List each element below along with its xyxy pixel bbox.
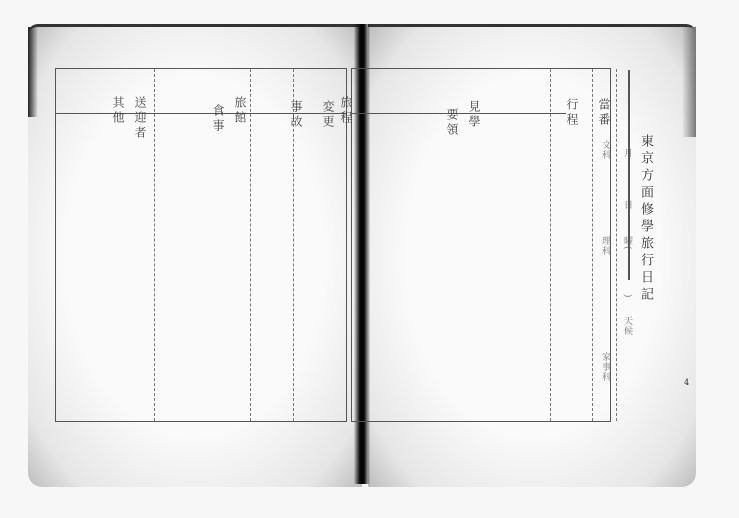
header-accident: 事故 (290, 100, 302, 130)
header-duty: 當番 (598, 98, 610, 128)
duty-entry-science: 理科 (600, 236, 609, 256)
date-close: ) (622, 294, 631, 299)
header-guidelines: 要領 (446, 108, 458, 138)
column-divider (592, 69, 593, 421)
header-observation: 見學 (468, 100, 480, 130)
header-escort: 送迎者 (134, 96, 146, 141)
date-weather: 天候 (622, 316, 631, 336)
header-inn: 旅館 (234, 96, 246, 126)
left-page-table (55, 68, 347, 422)
duty-entry-humanities: 文科 (600, 140, 609, 160)
column-divider (550, 69, 551, 421)
header-meals: 食事 (212, 104, 224, 134)
header-other: 其他 (112, 96, 124, 126)
header-divider (352, 113, 566, 114)
title-box (610, 70, 630, 280)
column-divider (250, 69, 251, 421)
document-title: 東京方面修學旅行日記 (639, 134, 652, 304)
page-mark: 4 (684, 378, 689, 387)
header-change: 変更 (322, 100, 334, 130)
header-schedule: 行程 (566, 98, 578, 128)
duty-entry-home-economics: 家事科 (600, 352, 609, 382)
column-divider (154, 69, 155, 421)
